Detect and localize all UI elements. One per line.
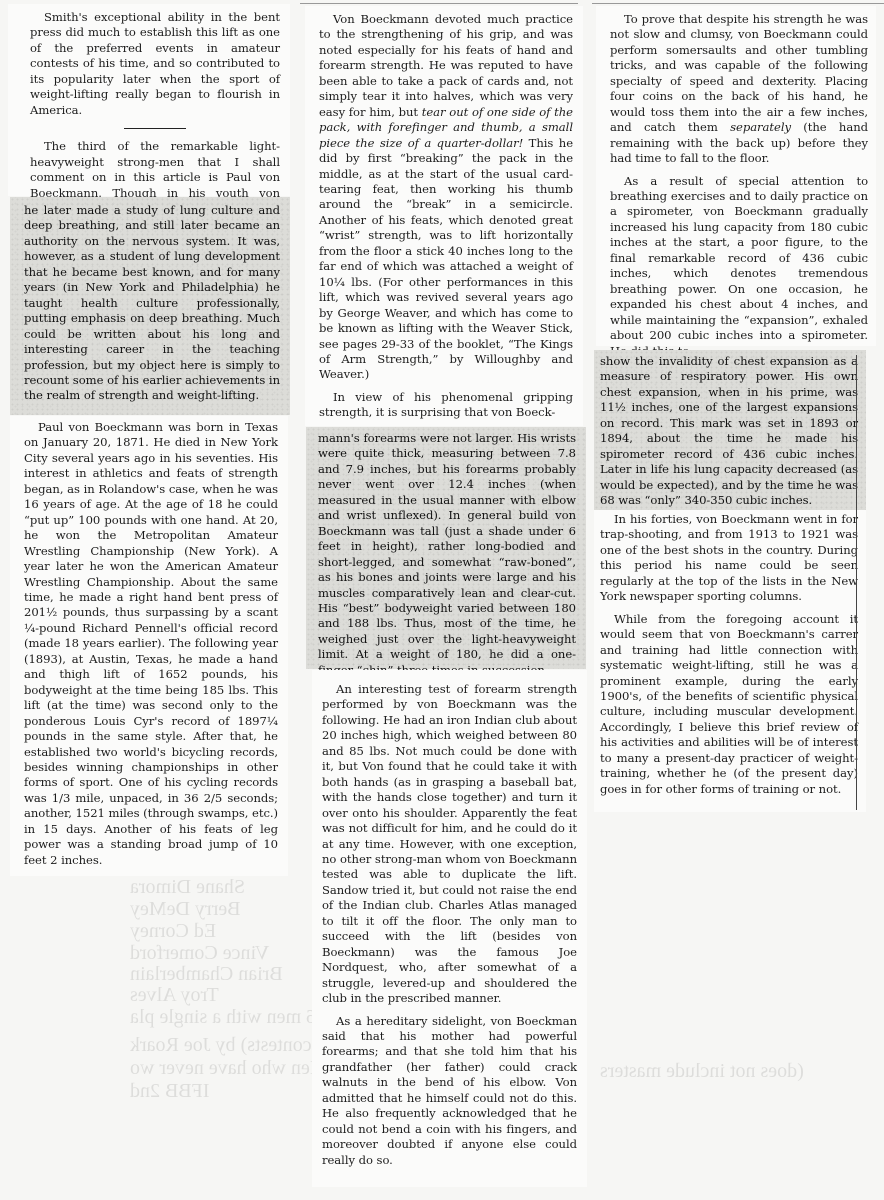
right-clip-b: show the invalidity of chest expansion a… [594,350,866,510]
paragraph: In view of his phenomenal gripping stren… [319,390,573,421]
right-clip-c: In his forties, von Boeckmann went in fo… [594,510,866,812]
paragraph: As a result of special attention to brea… [610,174,868,359]
paragraph: To prove that despite his strength he wa… [610,12,868,167]
bleed-through-line: IFBB 2nd [130,1080,209,1103]
bleed-through-line: Berry DeMey [130,898,241,921]
paragraph: Von Boeckmann devoted much practice to t… [319,12,573,383]
bleed-through-line: Vince Comerford [130,942,269,965]
clip-edge [592,3,884,4]
section-divider [124,128,186,129]
bleed-through-line: contests) by Joe Roark [130,1034,312,1057]
middle-clip-c: An interesting test of forearm strength … [312,670,587,1187]
scanned-page: Shane Dimora Berry DeMey Ed Corney Vince… [0,0,884,1200]
paragraph: An interesting test of forearm strength … [322,682,577,1007]
middle-clip-b: mann's forearms were not larger. His wri… [306,427,586,669]
bleed-through-line: Shane Dimora [130,876,245,899]
middle-clip-a: Von Boeckmann devoted much practice to t… [305,6,583,426]
bleed-through-line: Men who have never wo [130,1057,328,1080]
bleed-through-line: Ed Corney [130,920,216,943]
text-run: Von Boeckmann devoted much practice to t… [319,12,573,119]
paragraph: Paul von Boeckmann was born in Texas on … [24,420,278,868]
paragraph: In his forties, von Boeckmann went in fo… [600,512,858,605]
clip-edge [300,3,578,4]
paragraph: he later made a study of lung culture an… [24,203,280,404]
bleed-through-line: Brian Chamberlain [130,963,283,986]
paragraph: Smith's exceptional ability in the bent … [30,10,280,118]
bleed-through-line: (does not include masters [600,1060,804,1083]
paragraph: show the invalidity of chest expansion a… [600,354,858,509]
left-clip-a: Smith's exceptional ability in the bent … [8,4,290,196]
right-clip-a: To prove that despite his strength he wa… [596,6,876,346]
paragraph: mann's forearms were not larger. His wri… [318,431,576,678]
bleed-through-line: Troy Alves [130,984,219,1007]
bleed-through-line: 16 men with a single pla [130,1006,326,1029]
text-run: To prove that despite his strength he wa… [610,12,868,134]
italic-text: separately [730,120,791,134]
clip-edge [856,355,857,810]
left-clip-c: Paul von Boeckmann was born in Texas on … [10,416,288,876]
paragraph: As a hereditary sidelight, von Boeckman … [322,1014,577,1169]
text-run: This he did by first “breaking” the pack… [319,136,573,382]
paragraph: While from the foregoing account it woul… [600,612,858,797]
left-clip-b: he later made a study of lung culture an… [10,197,290,415]
